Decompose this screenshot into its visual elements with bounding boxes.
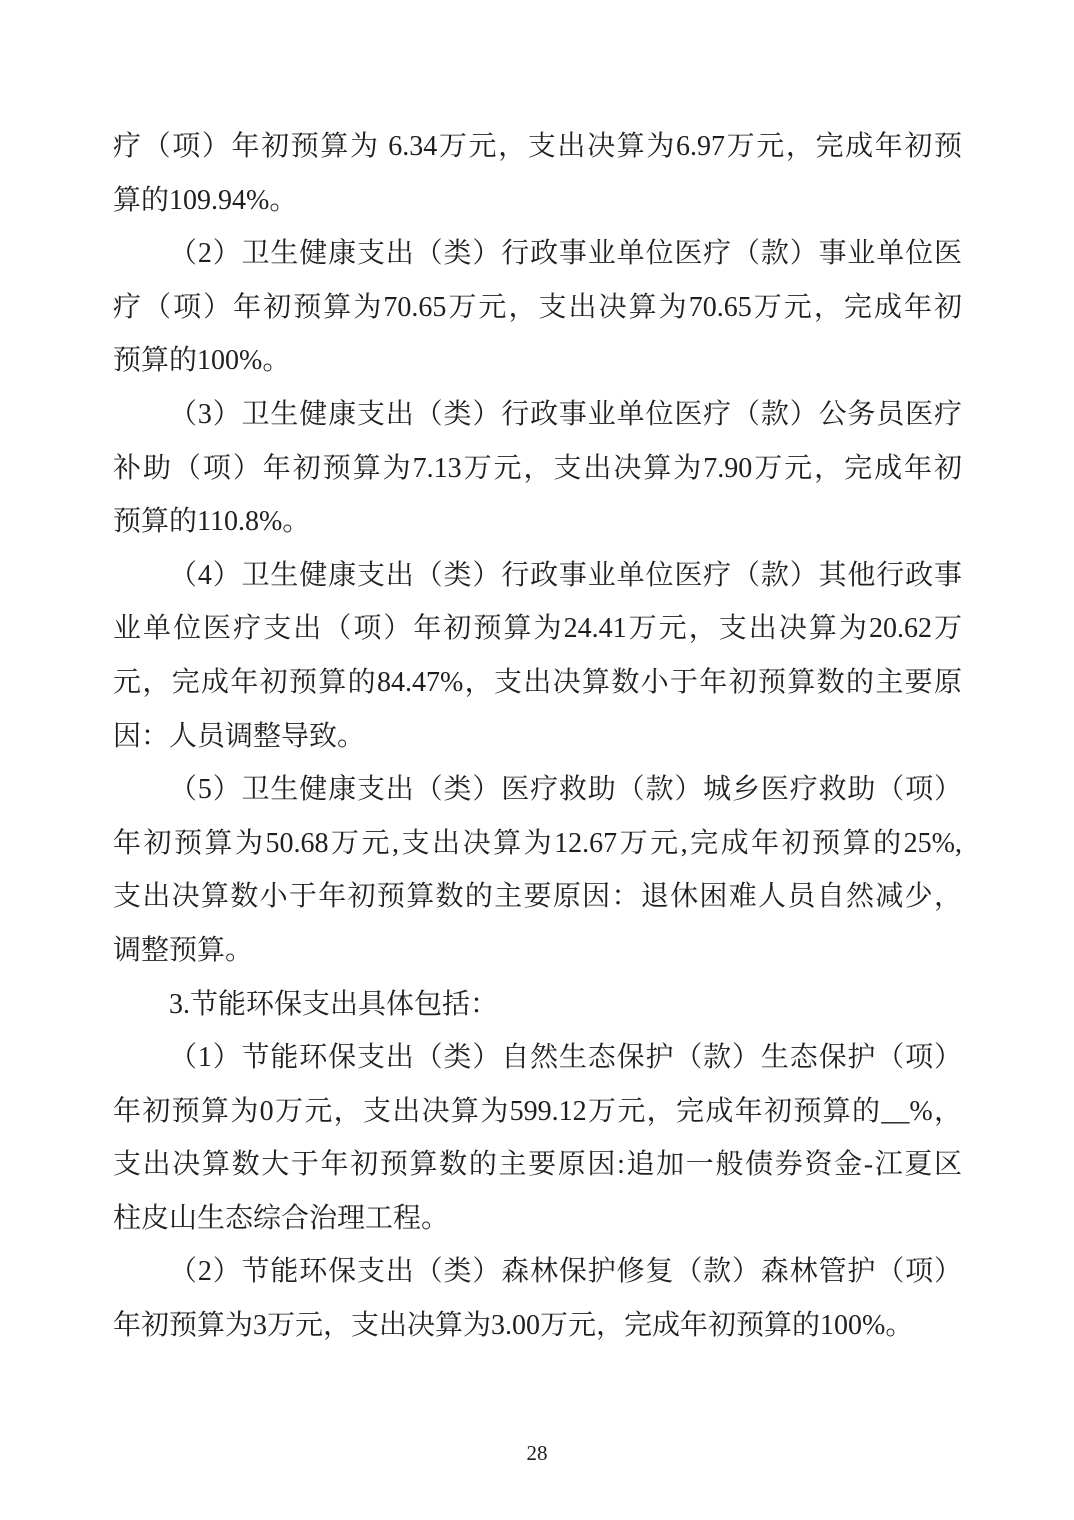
text-line: 因：人员调整导致。 xyxy=(113,710,962,764)
text-line: 疗（项）年初预算为70.65万元，支出决算为70.65万元，完成年初 xyxy=(113,281,962,335)
text-line: 年初预算为0万元，支出决算为599.12万元，完成年初预算的__%， xyxy=(113,1085,962,1139)
text-line: （2）节能环保支出（类）森林保护修复（款）森林管护（项） xyxy=(113,1245,962,1299)
document-page: 疗（项）年初预算为 6.34万元，支出决算为6.97万元，完成年初预 算的109… xyxy=(0,0,1074,1520)
text-line: 支出决算数大于年初预算数的主要原因:追加一般债券资金-江夏区 xyxy=(113,1138,962,1192)
text-line: 调整预算。 xyxy=(113,924,962,978)
text-line: 柱皮山生态综合治理工程。 xyxy=(113,1192,962,1246)
text-line: 补助（项）年初预算为7.13万元，支出决算为7.90万元，完成年初 xyxy=(113,442,962,496)
text-line: 元，完成年初预算的84.47%，支出决算数小于年初预算数的主要原 xyxy=(113,656,962,710)
text-line: 支出决算数小于年初预算数的主要原因：退休困难人员自然减少， xyxy=(113,870,962,924)
text-line: 疗（项）年初预算为 6.34万元，支出决算为6.97万元，完成年初预 xyxy=(113,120,962,174)
text-line: 算的109.94%。 xyxy=(113,174,962,228)
text-line: （2）卫生健康支出（类）行政事业单位医疗（款）事业单位医 xyxy=(113,227,962,281)
text-line: （5）卫生健康支出（类）医疗救助（款）城乡医疗救助（项） xyxy=(113,763,962,817)
text-line: 年初预算为3万元，支出决算为3.00万元，完成年初预算的100%。 xyxy=(113,1299,962,1353)
text-line: 业单位医疗支出（项）年初预算为24.41万元，支出决算为20.62万 xyxy=(113,602,962,656)
text-line: 预算的110.8%。 xyxy=(113,495,962,549)
text-line: 年初预算为50.68万元,支出决算为12.67万元,完成年初预算的25%, xyxy=(113,817,962,871)
text-line: （1）节能环保支出（类）自然生态保护（款）生态保护（项） xyxy=(113,1031,962,1085)
page-number: 28 xyxy=(0,1438,1074,1468)
text-line: （3）卫生健康支出（类）行政事业单位医疗（款）公务员医疗 xyxy=(113,388,962,442)
section-heading: 3.节能环保支出具体包括： xyxy=(113,978,962,1032)
text-line: 预算的100%。 xyxy=(113,334,962,388)
document-body: 疗（项）年初预算为 6.34万元，支出决算为6.97万元，完成年初预 算的109… xyxy=(113,120,962,1353)
text-line: （4）卫生健康支出（类）行政事业单位医疗（款）其他行政事 xyxy=(113,549,962,603)
